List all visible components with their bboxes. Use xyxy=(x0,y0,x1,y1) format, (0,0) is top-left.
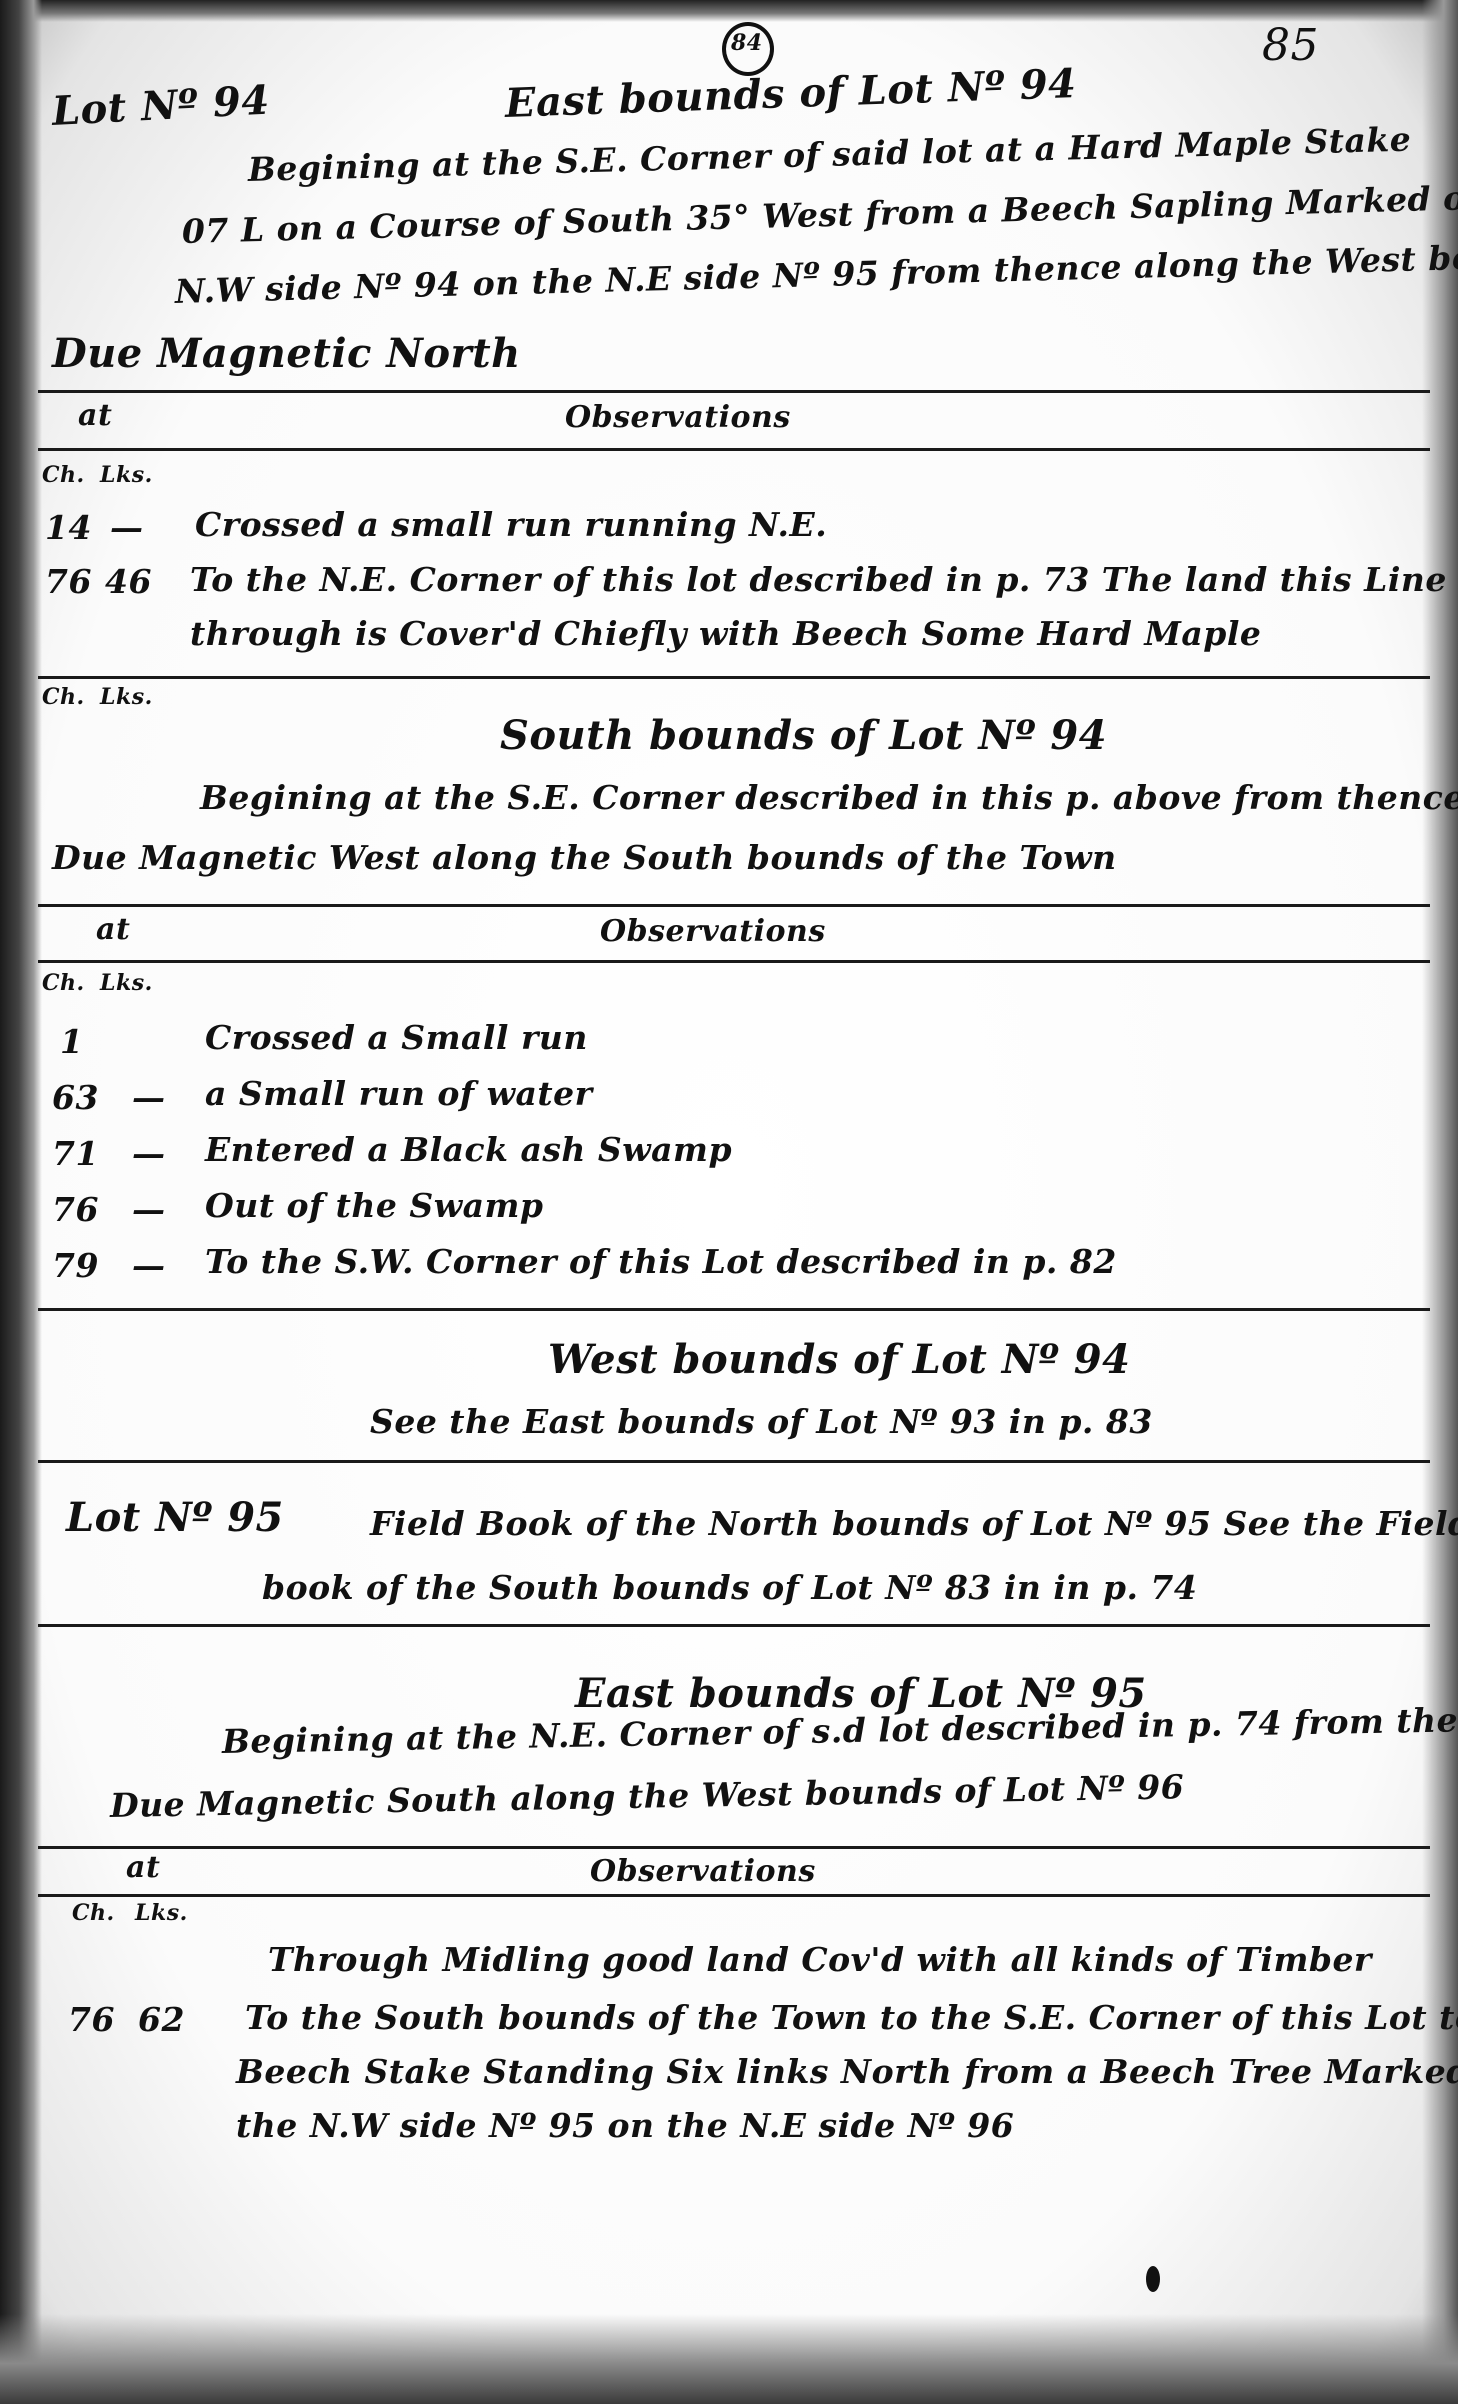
row-chains: 1 xyxy=(60,1022,83,1061)
row-links: — xyxy=(132,1190,166,1229)
ruled-line xyxy=(38,1624,1430,1627)
unit-links: Lks. xyxy=(100,684,153,710)
stamp-number: 84 xyxy=(731,30,763,56)
row-links: — xyxy=(132,1134,166,1173)
column-header-at: at xyxy=(126,1850,160,1885)
unit-chains: Ch. xyxy=(72,1900,115,1926)
page-edge-shadow xyxy=(0,0,1458,22)
field-book-line: Field Book of the North bounds of Lot Nº… xyxy=(370,1504,1458,1543)
row-observation: Crossed a small run running N.E. xyxy=(195,505,827,544)
description-line: Due Magnetic West along the South bounds… xyxy=(52,838,1117,877)
ruled-line xyxy=(38,1846,1430,1849)
row-observation: the N.W side Nº 95 on the N.E side Nº 96 xyxy=(236,2106,1014,2145)
row-observation: Beech Stake Standing Six links North fro… xyxy=(236,2052,1458,2091)
ruled-line xyxy=(38,960,1430,963)
scanned-ledger-page: 84 85 Lot Nº 94 East bounds of Lot Nº 94… xyxy=(0,0,1458,2404)
unit-links: Lks. xyxy=(100,462,153,488)
row-links: — xyxy=(132,1078,166,1117)
ruled-line xyxy=(38,448,1430,451)
unit-links: Lks. xyxy=(135,1900,188,1926)
unit-chains: Ch. xyxy=(42,684,85,710)
section-title: South bounds of Lot Nº 94 xyxy=(500,712,1107,759)
unit-links: Lks. xyxy=(100,970,153,996)
page-edge-shadow xyxy=(0,2314,1458,2404)
row-observation: To the N.E. Corner of this lot described… xyxy=(190,560,1458,599)
page-edge-shadow xyxy=(1422,0,1458,2404)
section-note: See the East bounds of Lot Nº 93 in p. 8… xyxy=(370,1402,1153,1441)
description-line: Due Magnetic South along the West bounds… xyxy=(110,1767,1185,1825)
lot-label: Lot Nº 94 xyxy=(51,77,271,135)
field-book-line: book of the South bounds of Lot Nº 83 in… xyxy=(262,1568,1197,1607)
description-line: Begining at the S.E. Corner described in… xyxy=(200,778,1458,817)
row-observation: Crossed a Small run xyxy=(205,1018,588,1057)
row-chains: 71 xyxy=(52,1134,99,1173)
row-observation: Through Midling good land Cov'd with all… xyxy=(268,1940,1372,1979)
row-chains: 76 xyxy=(45,562,92,601)
row-chains: 14 xyxy=(45,508,92,547)
ruled-line xyxy=(38,1460,1430,1463)
column-header-at: at xyxy=(78,398,112,433)
row-observation: through is Cover'd Chiefly with Beech So… xyxy=(190,614,1261,653)
binding-shadow xyxy=(0,0,42,2404)
row-observation: To the S.W. Corner of this Lot described… xyxy=(205,1242,1117,1281)
description-line: Begining at the S.E. Corner of said lot … xyxy=(247,120,1411,189)
row-observation: To the South bounds of the Town to the S… xyxy=(245,1998,1458,2037)
row-observation: Entered a Black ash Swamp xyxy=(205,1130,732,1169)
row-links: 62 xyxy=(138,2000,185,2039)
description-line: Due Magnetic North xyxy=(52,330,521,377)
row-chains: 76 xyxy=(52,1190,99,1229)
description-line: 07 L on a Course of South 35° West from … xyxy=(181,176,1458,251)
row-chains: 63 xyxy=(52,1078,99,1117)
row-links: — xyxy=(110,508,144,547)
page-number: 85 xyxy=(1262,20,1319,71)
ink-blot xyxy=(1146,2266,1160,2292)
ruled-line xyxy=(38,676,1430,679)
row-chains: 79 xyxy=(52,1246,99,1285)
unit-chains: Ch. xyxy=(42,462,85,488)
unit-chains: Ch. xyxy=(42,970,85,996)
lot-label: Lot Nº 95 xyxy=(66,1494,284,1541)
row-links: — xyxy=(132,1246,166,1285)
row-observation: Out of the Swamp xyxy=(205,1186,544,1225)
column-header-observations: Observations xyxy=(590,1854,816,1889)
ruled-line xyxy=(38,1894,1430,1897)
column-header-observations: Observations xyxy=(565,400,791,435)
row-chains: 76 xyxy=(68,2000,115,2039)
column-header-observations: Observations xyxy=(600,914,826,949)
section-title: West bounds of Lot Nº 94 xyxy=(548,1336,1130,1383)
ruled-line xyxy=(38,1308,1430,1311)
section-title: East bounds of Lot Nº 94 xyxy=(504,60,1077,127)
ruled-line xyxy=(38,390,1430,393)
row-observation: a Small run of water xyxy=(205,1074,593,1113)
column-header-at: at xyxy=(96,912,130,947)
row-links: 46 xyxy=(105,562,152,601)
ruled-line xyxy=(38,904,1430,907)
